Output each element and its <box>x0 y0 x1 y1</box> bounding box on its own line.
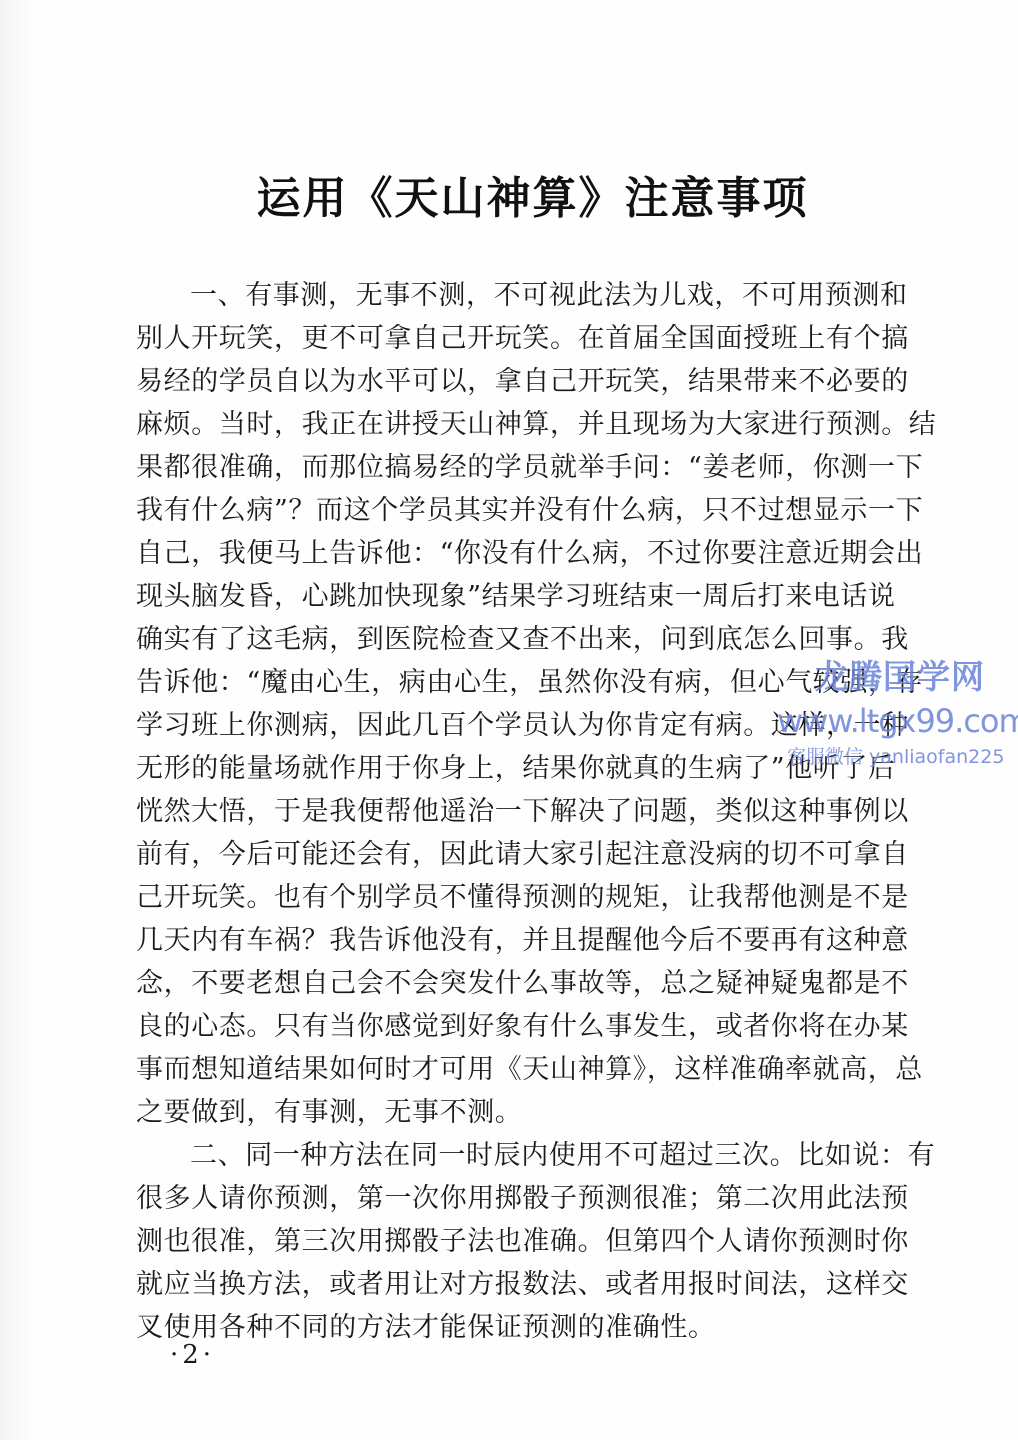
page-title: 运用《天山神算》注意事项 <box>0 169 1018 229</box>
text-line: 确实有了这毛病，到医院检查又查不出来，问到底怎么回事。我 <box>136 618 936 661</box>
text-line: 前有，今后可能还会有，因此请大家引起注意没病的切不可拿自 <box>136 833 936 876</box>
text-line: 自己，我便马上告诉他：“你没有什么病，不过你要注意近期会出 <box>136 532 936 575</box>
text-line: 测也很准，第三次用掷骰子法也准确。但第四个人请你预测时你 <box>136 1220 936 1263</box>
body-text: 一、有事测，无事不测，不可视此法为儿戏，不可用预测和 别人开玩笑，更不可拿自己开… <box>136 274 936 1349</box>
text-line: 麻烦。当时，我正在讲授天山神算，并且现场为大家进行预测。结 <box>136 403 936 446</box>
text-line: 念，不要老想自己会不会突发什么事故等，总之疑神疑鬼都是不 <box>136 962 936 1005</box>
page-number: ·2· <box>170 1340 215 1370</box>
text-line: 很多人请你预测，第一次你用掷骰子预测很准；第二次用此法预 <box>136 1177 936 1220</box>
paragraph-2: 二、同一种方法在同一时辰内使用不可超过三次。比如说：有 很多人请你预测，第一次你… <box>136 1134 936 1349</box>
text-line: 己开玩笑。也有个别学员不懂得预测的规矩，让我帮他测是不是 <box>136 876 936 919</box>
text-line: 学习班上你测病，因此几百个学员认为你肯定有病。这样，一种 <box>136 704 936 747</box>
text-line: 几天内有车祸？我告诉他没有，并且提醒他今后不要再有这种意 <box>136 919 936 962</box>
text-line: 无形的能量场就作用于你身上，结果你就真的生病了”他听了后 <box>136 747 936 790</box>
text-line: 二、同一种方法在同一时辰内使用不可超过三次。比如说：有 <box>136 1134 936 1177</box>
text-line: 果都很准确，而那位搞易经的学员就举手问：“姜老师，你测一下 <box>136 446 936 489</box>
text-line: 告诉他：“魔由心生，病由心生，虽然你没有病，但心气较强，存 <box>136 661 936 704</box>
text-line: 之要做到，有事测，无事不测。 <box>136 1091 936 1134</box>
text-line: 别人开玩笑，更不可拿自己开玩笑。在首届全国面授班上有个搞 <box>136 317 936 360</box>
text-line: 我有什么病”？而这个学员其实并没有什么病，只不过想显示一下 <box>136 489 936 532</box>
text-line: 一、有事测，无事不测，不可视此法为儿戏，不可用预测和 <box>136 274 936 317</box>
text-line: 叉使用各种不同的方法才能保证预测的准确性。 <box>136 1306 936 1349</box>
text-line: 恍然大悟，于是我便帮他遥治一下解决了问题，类似这种事例以 <box>136 790 936 833</box>
text-line: 良的心态。只有当你感觉到好象有什么事发生，或者你将在办某 <box>136 1005 936 1048</box>
paragraph-1: 一、有事测，无事不测，不可视此法为儿戏，不可用预测和 别人开玩笑，更不可拿自己开… <box>136 274 936 1134</box>
text-line: 现头脑发昏，心跳加快现象”结果学习班结束一周后打来电话说 <box>136 575 936 618</box>
text-line: 易经的学员自以为水平可以，拿自己开玩笑，结果带来不必要的 <box>136 360 936 403</box>
document-page: 运用《天山神算》注意事项 一、有事测，无事不测，不可视此法为儿戏，不可用预测和 … <box>0 0 1018 1440</box>
text-line: 就应当换方法，或者用让对方报数法、或者用报时间法，这样交 <box>136 1263 936 1306</box>
text-line: 事而想知道结果如何时才可用《天山神算》，这样准确率就高，总 <box>136 1048 936 1091</box>
